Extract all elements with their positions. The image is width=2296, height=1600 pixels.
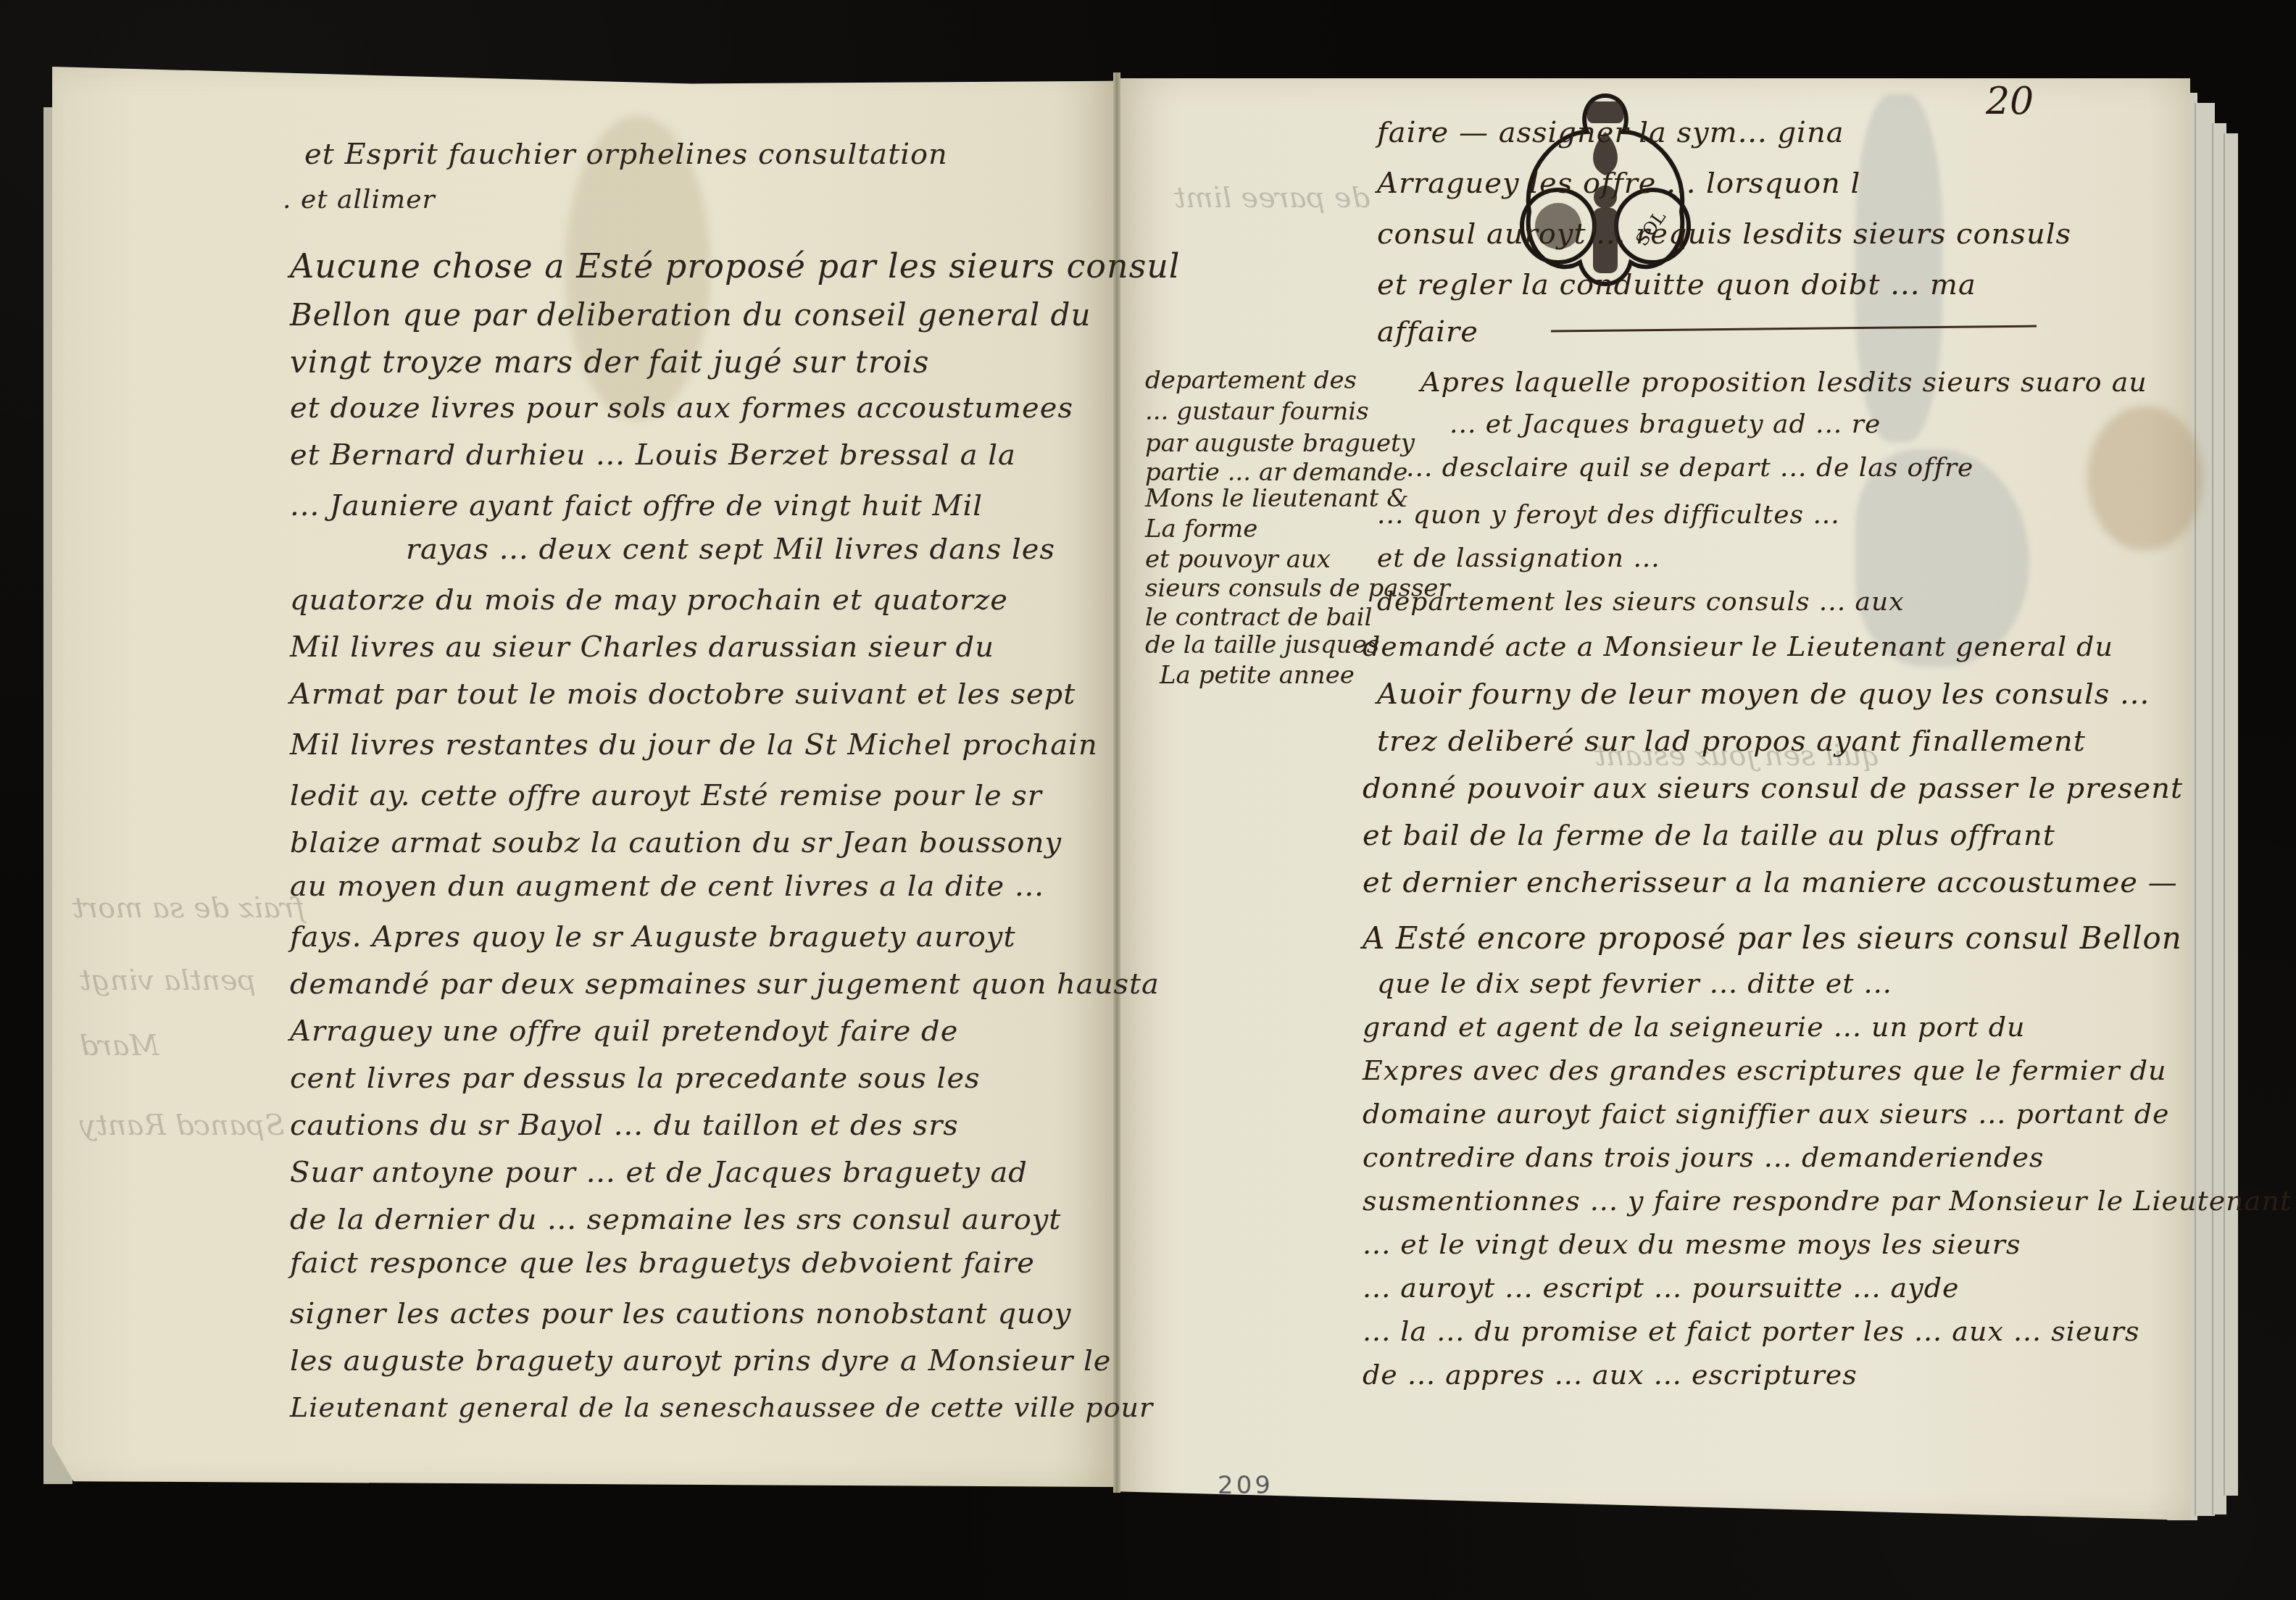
manuscript-line: vingt troyze mars der fait jugé sur troi… — [290, 344, 929, 380]
manuscript-line: Mil livres au sieur Charles darussian si… — [290, 630, 994, 664]
margin-note: le contract de bail — [1145, 603, 1372, 632]
manuscript-line: et de lassignation ... — [1377, 543, 1660, 573]
manuscript-line: Arraguey les offre ... lorsquon l — [1377, 167, 1860, 200]
manuscript-line: fays. Apres quoy le sr Auguste braguety … — [290, 920, 1016, 954]
manuscript-line: Arraguey une offre quil pretendoyt faire… — [290, 1014, 958, 1048]
margin-note: departement des — [1145, 366, 1357, 395]
margin-note: et pouvoyr aux — [1145, 545, 1331, 574]
margin-note: La petite annee — [1160, 661, 1355, 690]
pencil-page-number: 209 — [1218, 1471, 1273, 1500]
manuscript-line: ... desclaire quil se depart ... de las … — [1406, 453, 1973, 483]
manuscript-line: demandé acte a Monsieur le Lieutenant ge… — [1363, 630, 2113, 662]
manuscript-line: affaire — [1377, 315, 1478, 349]
manuscript-line: ... et le vingt deux du mesme moys les s… — [1363, 1228, 2021, 1260]
manuscript-line: ... la ... du promise et faict porter le… — [1363, 1315, 2140, 1347]
manuscript-line: contredire dans trois jours ... demander… — [1363, 1141, 2044, 1173]
manuscript-line: Expres avec des grandes escriptures que … — [1363, 1054, 2167, 1086]
manuscript-line: Armat par tout le mois doctobre suivant … — [290, 678, 1076, 711]
manuscript-line: quatorze du mois de may prochain et quat… — [290, 583, 1008, 617]
bleed-through-text: pentla vingt — [80, 964, 256, 997]
manuscript-line: blaize armat soubz la caution du sr Jean… — [290, 826, 1062, 859]
manuscript-line: ... et Jacques braguety ad ... re — [1449, 409, 1881, 439]
folio-number: 20 — [1986, 80, 2034, 123]
book-gutter — [1113, 72, 1120, 1493]
bleed-through-text: Spancd Ranty — [80, 1109, 285, 1142]
manuscript-line: ledit ay. cette offre auroyt Esté remise… — [290, 779, 1042, 812]
margin-note: de la taille jusques — [1145, 630, 1379, 659]
margin-note: partie ... ar demande — [1145, 458, 1408, 487]
manuscript-line: Apres laquelle proposition lesdits sieur… — [1421, 366, 2147, 398]
manuscript-line: domaine auroyt faict signiffier aux sieu… — [1363, 1098, 2169, 1130]
manuscript-line: grand et agent de la seigneurie ... un p… — [1363, 1011, 2026, 1043]
manuscript-line: au moyen dun augment de cent livres a la… — [290, 870, 1044, 903]
manuscript-line: faict responce que les braguetys debvoie… — [290, 1246, 1035, 1280]
manuscript-line: ... quon y feroyt des difficultes ... — [1377, 500, 1840, 530]
manuscript-line: que le dix sept fevrier ... ditte et ... — [1377, 967, 1892, 999]
page-edge — [2224, 133, 2238, 1496]
manuscript-line: et regler la conduitte quon doibt ... ma — [1377, 268, 1976, 301]
manuscript-line: et douze livres pour sols aux formes acc… — [290, 391, 1073, 425]
manuscript-line: cent livres par dessus la precedante sou… — [290, 1062, 981, 1095]
margin-note: par auguste braguety — [1145, 429, 1415, 458]
manuscript-scan: fraiz de sa mort pentla vingt Mard Spanc… — [0, 0, 2296, 1600]
bleed-through-text: fraiz de sa mort — [72, 891, 305, 925]
manuscript-line: A Esté encore proposé par les sieurs con… — [1363, 920, 2182, 956]
manuscript-line: et dernier encherisseur a la maniere acc… — [1363, 866, 2178, 899]
manuscript-line: Suar antoyne pour ... et de Jacques brag… — [290, 1156, 1028, 1189]
manuscript-line: de la dernier du ... sepmaine les srs co… — [290, 1203, 1061, 1236]
bleed-through-text: de paree limt — [1174, 181, 1370, 214]
manuscript-line: cautions du sr Bayol ... du taillon et d… — [290, 1109, 959, 1142]
manuscript-line: susmentionnes ... y faire respondre par … — [1363, 1185, 2296, 1217]
margin-note: La forme — [1145, 514, 1257, 543]
manuscript-line: trez deliberé sur lad propos ayant final… — [1377, 725, 2086, 758]
manuscript-line: les auguste braguety auroyt prins dyre a… — [290, 1344, 1112, 1378]
manuscript-line: Auoir fourny de leur moyen de quoy les c… — [1377, 678, 2150, 711]
manuscript-line: et Esprit fauchier orphelines consultati… — [304, 138, 948, 171]
manuscript-line: Bellon que par deliberation du conseil g… — [290, 297, 1091, 333]
margin-note: ... gustaur fournis — [1145, 397, 1369, 426]
manuscript-line: et bail de la ferme de la taille au plus… — [1363, 819, 2055, 852]
bleed-through-text: Mard — [80, 1029, 159, 1062]
manuscript-line: departement les sieurs consuls ... aux — [1377, 587, 1905, 617]
manuscript-line: consul auroyt ... requis lesdits sieurs … — [1377, 217, 2071, 251]
paper-stain — [2087, 406, 2203, 551]
manuscript-line: de ... appres ... aux ... escriptures — [1363, 1359, 1858, 1391]
manuscript-line: signer les actes pour les cautions nonob… — [290, 1297, 1071, 1330]
manuscript-line: . et allimer — [283, 185, 436, 214]
manuscript-line: faire — assigner la sym... gina — [1377, 116, 1844, 149]
manuscript-line: donné pouvoir aux sieurs consul de passe… — [1363, 772, 2183, 805]
margin-note: sieurs consuls de passer — [1145, 574, 1450, 603]
manuscript-line: Mil livres restantes du jour de la St Mi… — [290, 728, 1098, 762]
manuscript-line: Aucune chose a Esté proposé par les sieu… — [290, 246, 1181, 286]
manuscript-line: rayas ... deux cent sept Mil livres dans… — [406, 533, 1055, 566]
manuscript-line: demandé par deux sepmaines sur jugement … — [290, 967, 1160, 1001]
manuscript-line: Lieutenant general de la seneschaussee d… — [290, 1391, 1153, 1423]
manuscript-line: et Bernard durhieu ... Louis Berzet bres… — [290, 438, 1016, 472]
manuscript-line: ... Jauniere ayant faict offre de vingt … — [290, 489, 983, 522]
margin-note: Mons le lieutenant & — [1145, 484, 1409, 513]
manuscript-line: ... auroyt ... escript ... poursuitte ..… — [1363, 1272, 1960, 1304]
